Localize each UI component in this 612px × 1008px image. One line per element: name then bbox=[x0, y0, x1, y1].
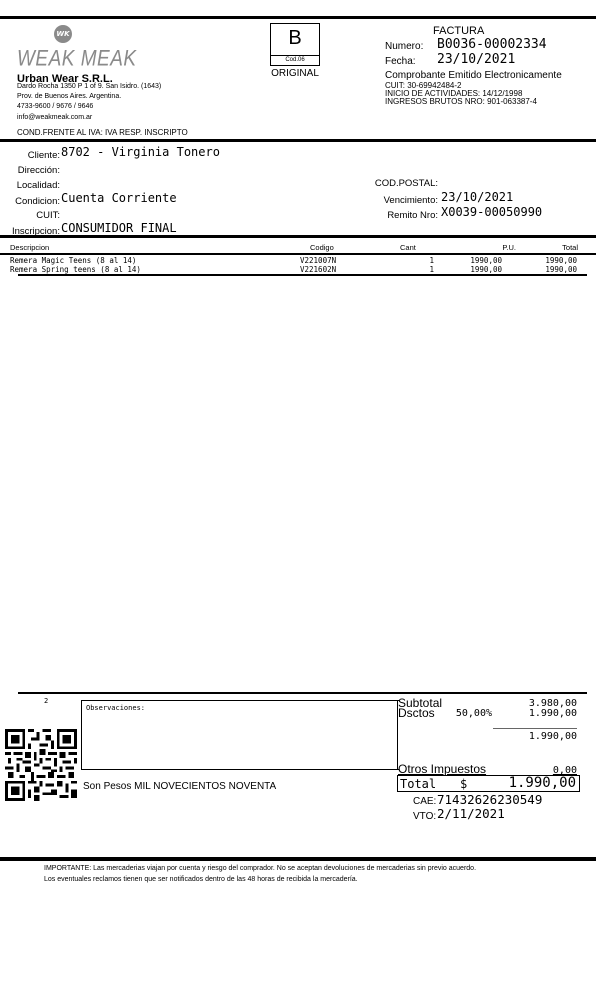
net-value: 1.990,00 bbox=[500, 731, 577, 742]
company-province: Prov. de Buenos Aires. Argentina. bbox=[17, 93, 121, 100]
col-header-codigo: Codigo bbox=[310, 243, 334, 252]
document-type: FACTURA bbox=[433, 25, 484, 37]
footer-top-rule bbox=[18, 692, 587, 694]
col-header-pu: P.U. bbox=[480, 243, 516, 252]
table-row: Remera Spring teens (8 al 14) V221602N 1… bbox=[0, 265, 596, 274]
row-pu: 1990,00 bbox=[450, 256, 502, 265]
total-value: 1.990,00 bbox=[509, 775, 576, 791]
client-rule bbox=[0, 235, 596, 238]
header-rule bbox=[0, 139, 596, 142]
row-cant: 1 bbox=[400, 265, 434, 274]
company-address: Dardo Rocha 1350 P 1 of 9. San Isidro. (… bbox=[17, 83, 161, 90]
row-total: 1990,00 bbox=[520, 265, 577, 274]
invoice-number: B0036-00002334 bbox=[437, 37, 547, 52]
col-header-total: Total bbox=[540, 243, 578, 252]
condicion-label: Condicion: bbox=[0, 196, 60, 207]
cae-expiry: 2/11/2021 bbox=[437, 806, 505, 821]
notice-line-2: Los eventuales reclamos tienen que ser n… bbox=[44, 876, 358, 883]
invoice-letter-box: B Cod.06 bbox=[270, 23, 320, 66]
observaciones-label: Observaciones: bbox=[86, 704, 145, 712]
cliente-label: Cliente: bbox=[10, 150, 60, 161]
cae-number: 71432626230549 bbox=[437, 792, 542, 807]
descuentos-percent: 50,00% bbox=[450, 708, 492, 719]
col-header-descripcion: Descripcion bbox=[10, 243, 49, 252]
top-rule bbox=[0, 16, 596, 19]
localidad-label: Localidad: bbox=[0, 180, 60, 191]
company-phone: 4733-9600 / 9676 / 9646 bbox=[17, 103, 93, 110]
vto-label: VTO: bbox=[413, 811, 436, 822]
emitted-electronically: Comprobante Emitido Electronicamente bbox=[385, 70, 562, 81]
total-currency: $ bbox=[460, 777, 467, 791]
net-rule bbox=[493, 728, 577, 729]
row-pu: 1990,00 bbox=[450, 265, 502, 274]
notice-line-1: IMPORTANTE: Las mercaderias viajan por c… bbox=[44, 865, 476, 872]
brand-logo: WEAK MEAK bbox=[17, 47, 137, 72]
invoice-letter: B bbox=[271, 27, 319, 50]
postal-code-label: COD.POSTAL: bbox=[360, 178, 438, 189]
table-header-rule bbox=[0, 253, 596, 255]
remito-label: Remito Nro: bbox=[360, 210, 438, 221]
vencimiento-label: Vencimiento: bbox=[360, 195, 438, 206]
qr-code-icon bbox=[5, 729, 77, 801]
client-inscription: CONSUMIDOR FINAL bbox=[61, 221, 177, 235]
row-cant: 1 bbox=[400, 256, 434, 265]
row-codigo: V221007N bbox=[300, 256, 336, 265]
fecha-label: Fecha: bbox=[385, 56, 416, 67]
iva-condition: COND.FRENTE AL IVA: IVA RESP. INSCRIPTO bbox=[17, 128, 188, 137]
total-box: Total $ 1.990,00 bbox=[397, 775, 580, 792]
invoice-code: Cod.06 bbox=[271, 55, 319, 65]
direccion-label: Dirección: bbox=[0, 165, 60, 176]
total-label: Total bbox=[400, 777, 436, 791]
copy-label: ORIGINAL bbox=[262, 68, 328, 79]
client-condition: Cuenta Corriente bbox=[61, 191, 177, 205]
descuentos-label: Dsctos bbox=[398, 706, 435, 720]
cae-label: CAE: bbox=[413, 796, 436, 807]
descuentos-value: 1.990,00 bbox=[500, 708, 577, 719]
page-number: 2 bbox=[44, 697, 48, 705]
company-email: info@weakmeak.com.ar bbox=[17, 114, 92, 121]
table-end-rule bbox=[18, 274, 587, 276]
gross-income-number: INGRESOS BRUTOS NRO: 901-063387-4 bbox=[385, 97, 537, 106]
row-descripcion: Remera Magic Teens (8 al 14) bbox=[10, 256, 136, 265]
amount-in-words: Son Pesos MIL NOVECIENTOS NOVENTA bbox=[83, 781, 276, 792]
row-descripcion: Remera Spring teens (8 al 14) bbox=[10, 265, 141, 274]
notice-rule bbox=[0, 857, 596, 861]
table-row: Remera Magic Teens (8 al 14) V221007N 1 … bbox=[0, 256, 596, 265]
row-total: 1990,00 bbox=[520, 256, 577, 265]
numero-label: Numero: bbox=[385, 41, 423, 52]
invoice-date: 23/10/2021 bbox=[437, 52, 515, 67]
logo-mark-icon: WK bbox=[54, 25, 72, 43]
remito-number: X0039-00050990 bbox=[441, 205, 542, 219]
row-codigo: V221602N bbox=[300, 265, 336, 274]
observations-box: Observaciones: bbox=[81, 700, 399, 770]
otros-impuestos-label: Otros Impuestos bbox=[398, 762, 486, 776]
due-date: 23/10/2021 bbox=[441, 190, 513, 204]
col-header-cant: Cant bbox=[400, 243, 416, 252]
cuit-label: CUIT: bbox=[0, 210, 60, 221]
client-name: 8702 - Virginia Tonero bbox=[61, 145, 220, 159]
